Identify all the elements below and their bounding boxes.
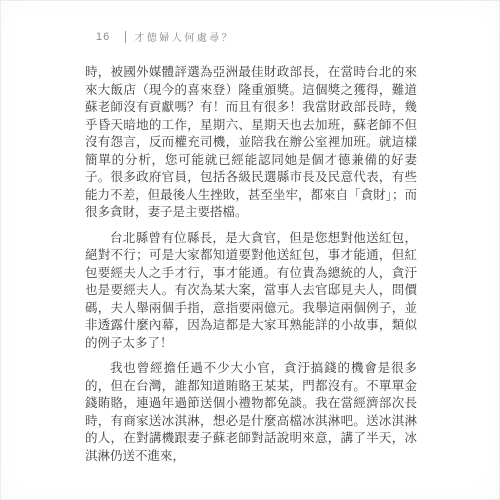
page-header: 16 才德婦人何處尋？ [96, 29, 234, 44]
paragraph: 時，被國外媒體評選為亞洲最佳財政部長，在當時台北的來來大飯店（現今的喜來登）隆重… [85, 64, 417, 222]
book-page: 16 才德婦人何處尋？ 時，被國外媒體評選為亞洲最佳財政部長，在當時台北的來來大… [0, 0, 500, 500]
body-text: 時，被國外媒體評選為亞洲最佳財政部長，在當時台北的來來大飯店（現今的喜來登）隆重… [85, 64, 417, 465]
running-title: 才德婦人何處尋？ [134, 29, 234, 44]
page-number: 16 [96, 31, 110, 43]
paragraph: 台北縣曾有位縣長，是大貪官，但是您想對他送紅包，絕對不行；可是大家都知道要對他送… [85, 230, 417, 353]
paragraph: 我也曾經擔任過不少大小官，貪汙搞錢的機會是很多的，但在台灣，誰都知道賄賂王某某，… [85, 360, 417, 465]
header-divider [125, 31, 126, 43]
